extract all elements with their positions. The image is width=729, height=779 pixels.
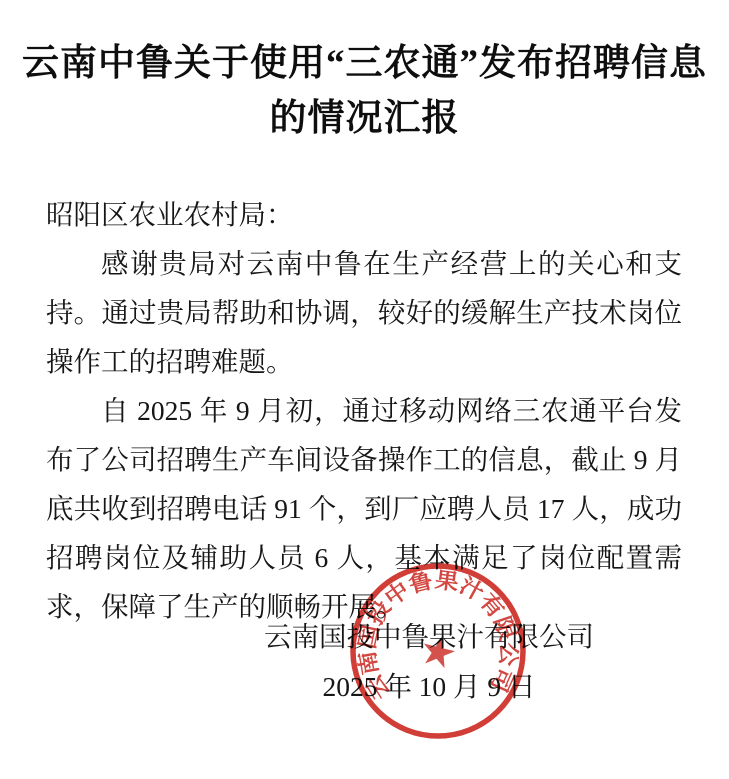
salutation: 昭阳区农业农村局： (46, 190, 682, 239)
document-title-line1: 云南中鲁关于使用“三农通”发布招聘信息 (0, 36, 729, 91)
document-page: 云南中鲁关于使用“三农通”发布招聘信息 的情况汇报 昭阳区农业农村局： 感谢贵局… (0, 0, 729, 779)
document-title: 云南中鲁关于使用“三农通”发布招聘信息 的情况汇报 (0, 36, 729, 146)
signature-company: 云南国投中鲁果汁有限公司 (250, 612, 608, 662)
signature-block: 云南国投中鲁果汁有限公司 2025 年 10 月 9 日 (250, 612, 608, 712)
paragraph-2: 自 2025 年 9 月初，通过移动网络三农通平台发布了公司招聘生产车间设备操作… (46, 386, 682, 631)
signature-date: 2025 年 10 月 9 日 (250, 662, 608, 712)
document-title-line2: 的情况汇报 (0, 91, 729, 146)
paragraph-1: 感谢贵局对云南中鲁在生产经营上的关心和支持。通过贵局帮助和协调，较好的缓解生产技… (46, 239, 682, 386)
document-body: 昭阳区农业农村局： 感谢贵局对云南中鲁在生产经营上的关心和支持。通过贵局帮助和协… (46, 190, 682, 631)
